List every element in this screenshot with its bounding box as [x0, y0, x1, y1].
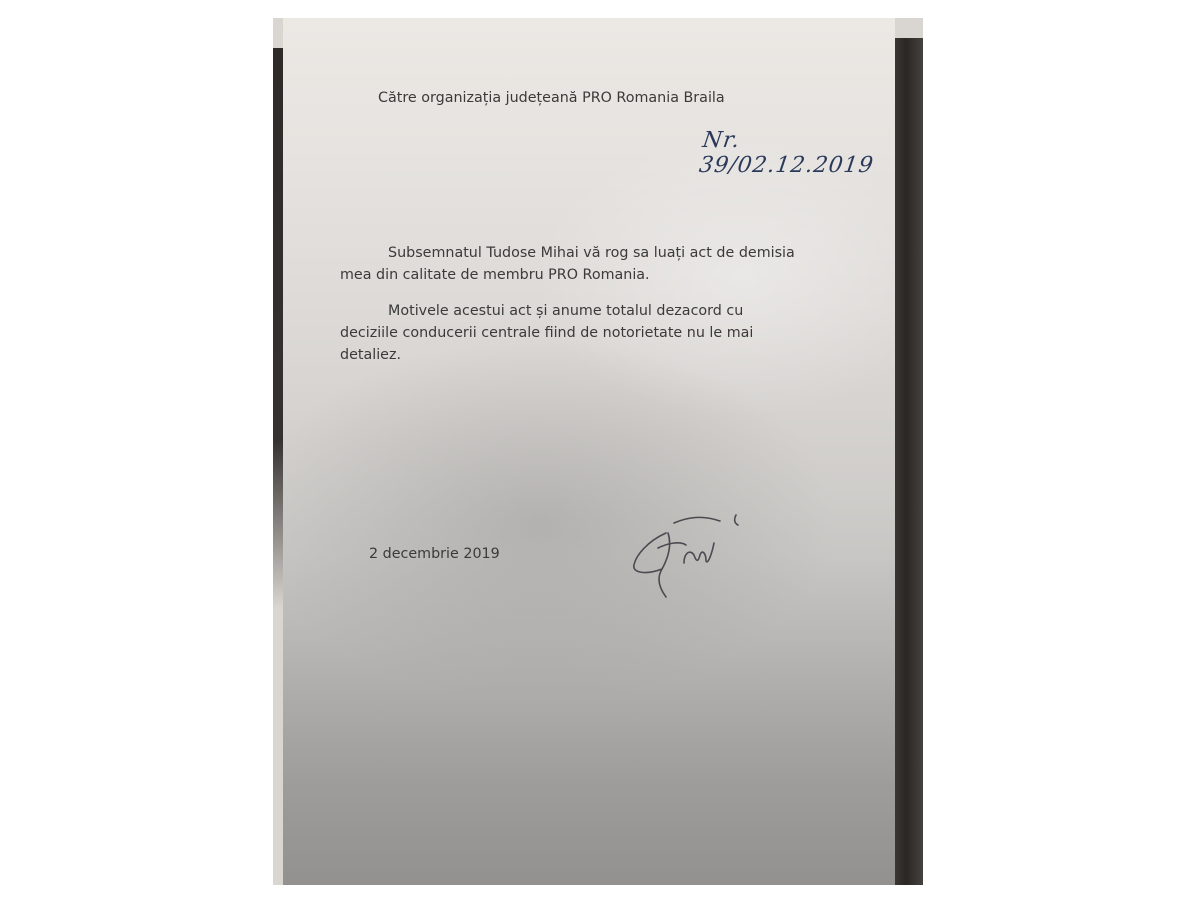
paragraph-1-line-2: mea din calitate de membru PRO Romania. — [340, 267, 650, 283]
paragraph-2-line-2: deciziile conducerii centrale fiind de n… — [340, 325, 753, 341]
handwritten-registration-number: Nr. 39/02.12.2019 — [697, 128, 898, 178]
signature-icon — [628, 503, 768, 603]
paragraph-reasons: Motivele acestui act și anume totalul de… — [340, 300, 820, 366]
document-date: 2 decembrie 2019 — [369, 546, 500, 562]
document-photo: Către organizația județeană PRO Romania … — [273, 18, 923, 885]
paragraph-resignation: Subsemnatul Tudose Mihai vă rog sa luați… — [340, 242, 820, 286]
background-edge-right — [895, 38, 923, 885]
paragraph-1-line-1: Subsemnatul Tudose Mihai vă rog sa luați… — [388, 245, 795, 261]
paragraph-2-line-3: detaliez. — [340, 347, 401, 363]
paper-sheet: Către organizația județeană PRO Romania … — [283, 18, 895, 885]
paragraph-2-line-1: Motivele acestui act și anume totalul de… — [388, 303, 743, 319]
addressee-line: Către organizația județeană PRO Romania … — [378, 90, 725, 106]
